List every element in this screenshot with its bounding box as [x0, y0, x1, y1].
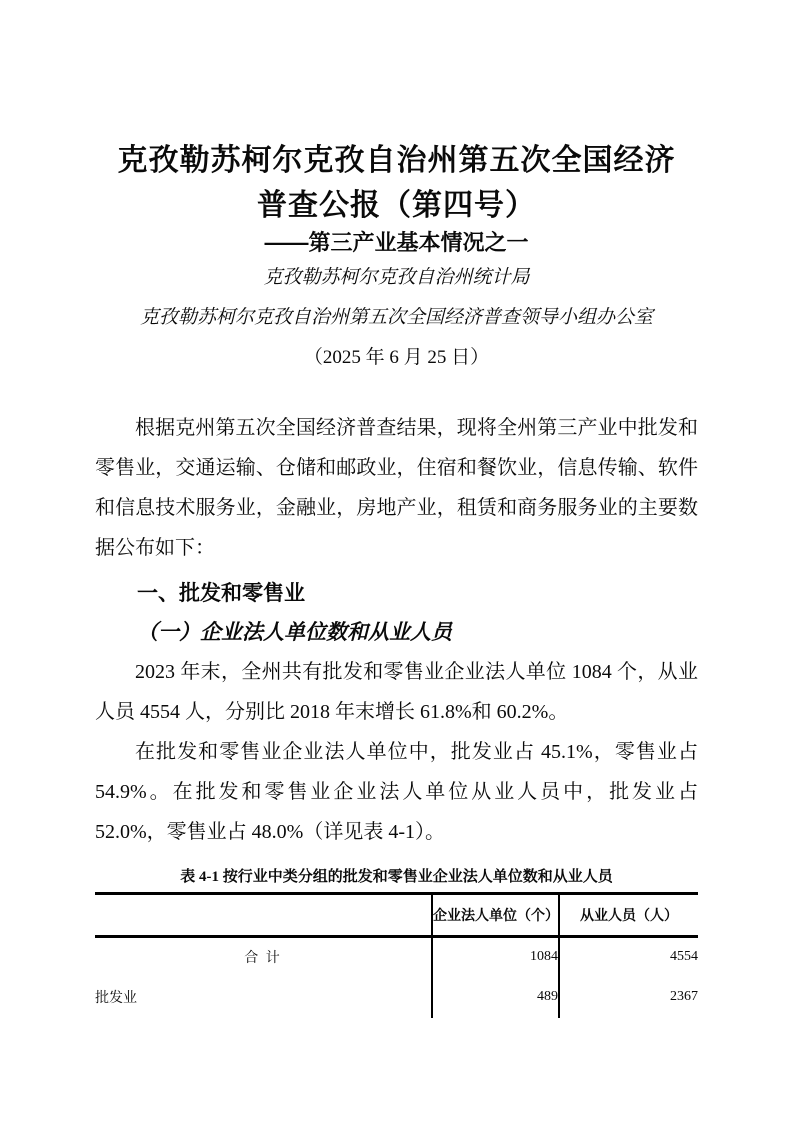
- issuing-org-statistics-bureau: 克孜勒苏柯尔克孜自治州统计局: [95, 258, 698, 298]
- document-subtitle: ——第三产业基本情况之一: [95, 228, 698, 258]
- document-body: 根据克州第五次全国经济普查结果，现将全州第三产业中批发和零售业，交通运输、仓储和…: [95, 408, 698, 1018]
- table-4-1-caption: 表 4-1 按行业中类分组的批发和零售业企业法人单位数和从业人员: [95, 866, 698, 888]
- publication-date: （2025 年 6 月 25 日）: [95, 338, 698, 378]
- section-heading-wholesale-retail: 一、批发和零售业: [95, 574, 698, 614]
- paragraph-share-breakdown: 在批发和零售业企业法人单位中，批发业占 45.1%，零售业占 54.9%。在批发…: [95, 732, 698, 852]
- document-title-line1: 克孜勒苏柯尔克孜自治州第五次全国经济: [118, 144, 676, 177]
- table-header-units: 企业法人单位（个）: [432, 894, 559, 937]
- document-title-line2: 普查公报（第四号）: [257, 189, 536, 222]
- table-row-total: 合 计 1084 4554: [95, 937, 698, 977]
- table-row-total-units: 1084: [432, 937, 559, 977]
- table-row-wholesale: 批发业 489 2367: [95, 976, 698, 1018]
- table-header-industry-blank: [95, 894, 432, 937]
- subsection-heading-legal-units: （一）企业法人单位数和从业人员: [95, 612, 698, 652]
- issuing-org-census-office: 克孜勒苏柯尔克孜自治州第五次全国经济普查领导小组办公室: [95, 298, 698, 338]
- document-page: 克孜勒苏柯尔克孜自治州第五次全国经济 普查公报（第四号） ——第三产业基本情况之…: [0, 0, 793, 1122]
- table-row-total-employees: 4554: [559, 937, 698, 977]
- intro-paragraph: 根据克州第五次全国经济普查结果，现将全州第三产业中批发和零售业，交通运输、仓储和…: [95, 408, 698, 568]
- table-row-wholesale-employees: 2367: [559, 976, 698, 1018]
- table-header-employees: 从业人员（人）: [559, 894, 698, 937]
- table-header-row: 企业法人单位（个） 从业人员（人）: [95, 894, 698, 937]
- paragraph-unit-counts: 2023 年末，全州共有批发和零售业企业法人单位 1084 个，从业人员 455…: [95, 652, 698, 732]
- table-row-total-label: 合 计: [95, 937, 432, 977]
- table-row-wholesale-units: 489: [432, 976, 559, 1018]
- table-4-1: 企业法人单位（个） 从业人员（人） 合 计 1084 4554 批发业 489 …: [95, 892, 698, 1018]
- table-row-wholesale-label: 批发业: [95, 976, 432, 1018]
- document-title: 克孜勒苏柯尔克孜自治州第五次全国经济 普查公报（第四号）: [95, 138, 698, 228]
